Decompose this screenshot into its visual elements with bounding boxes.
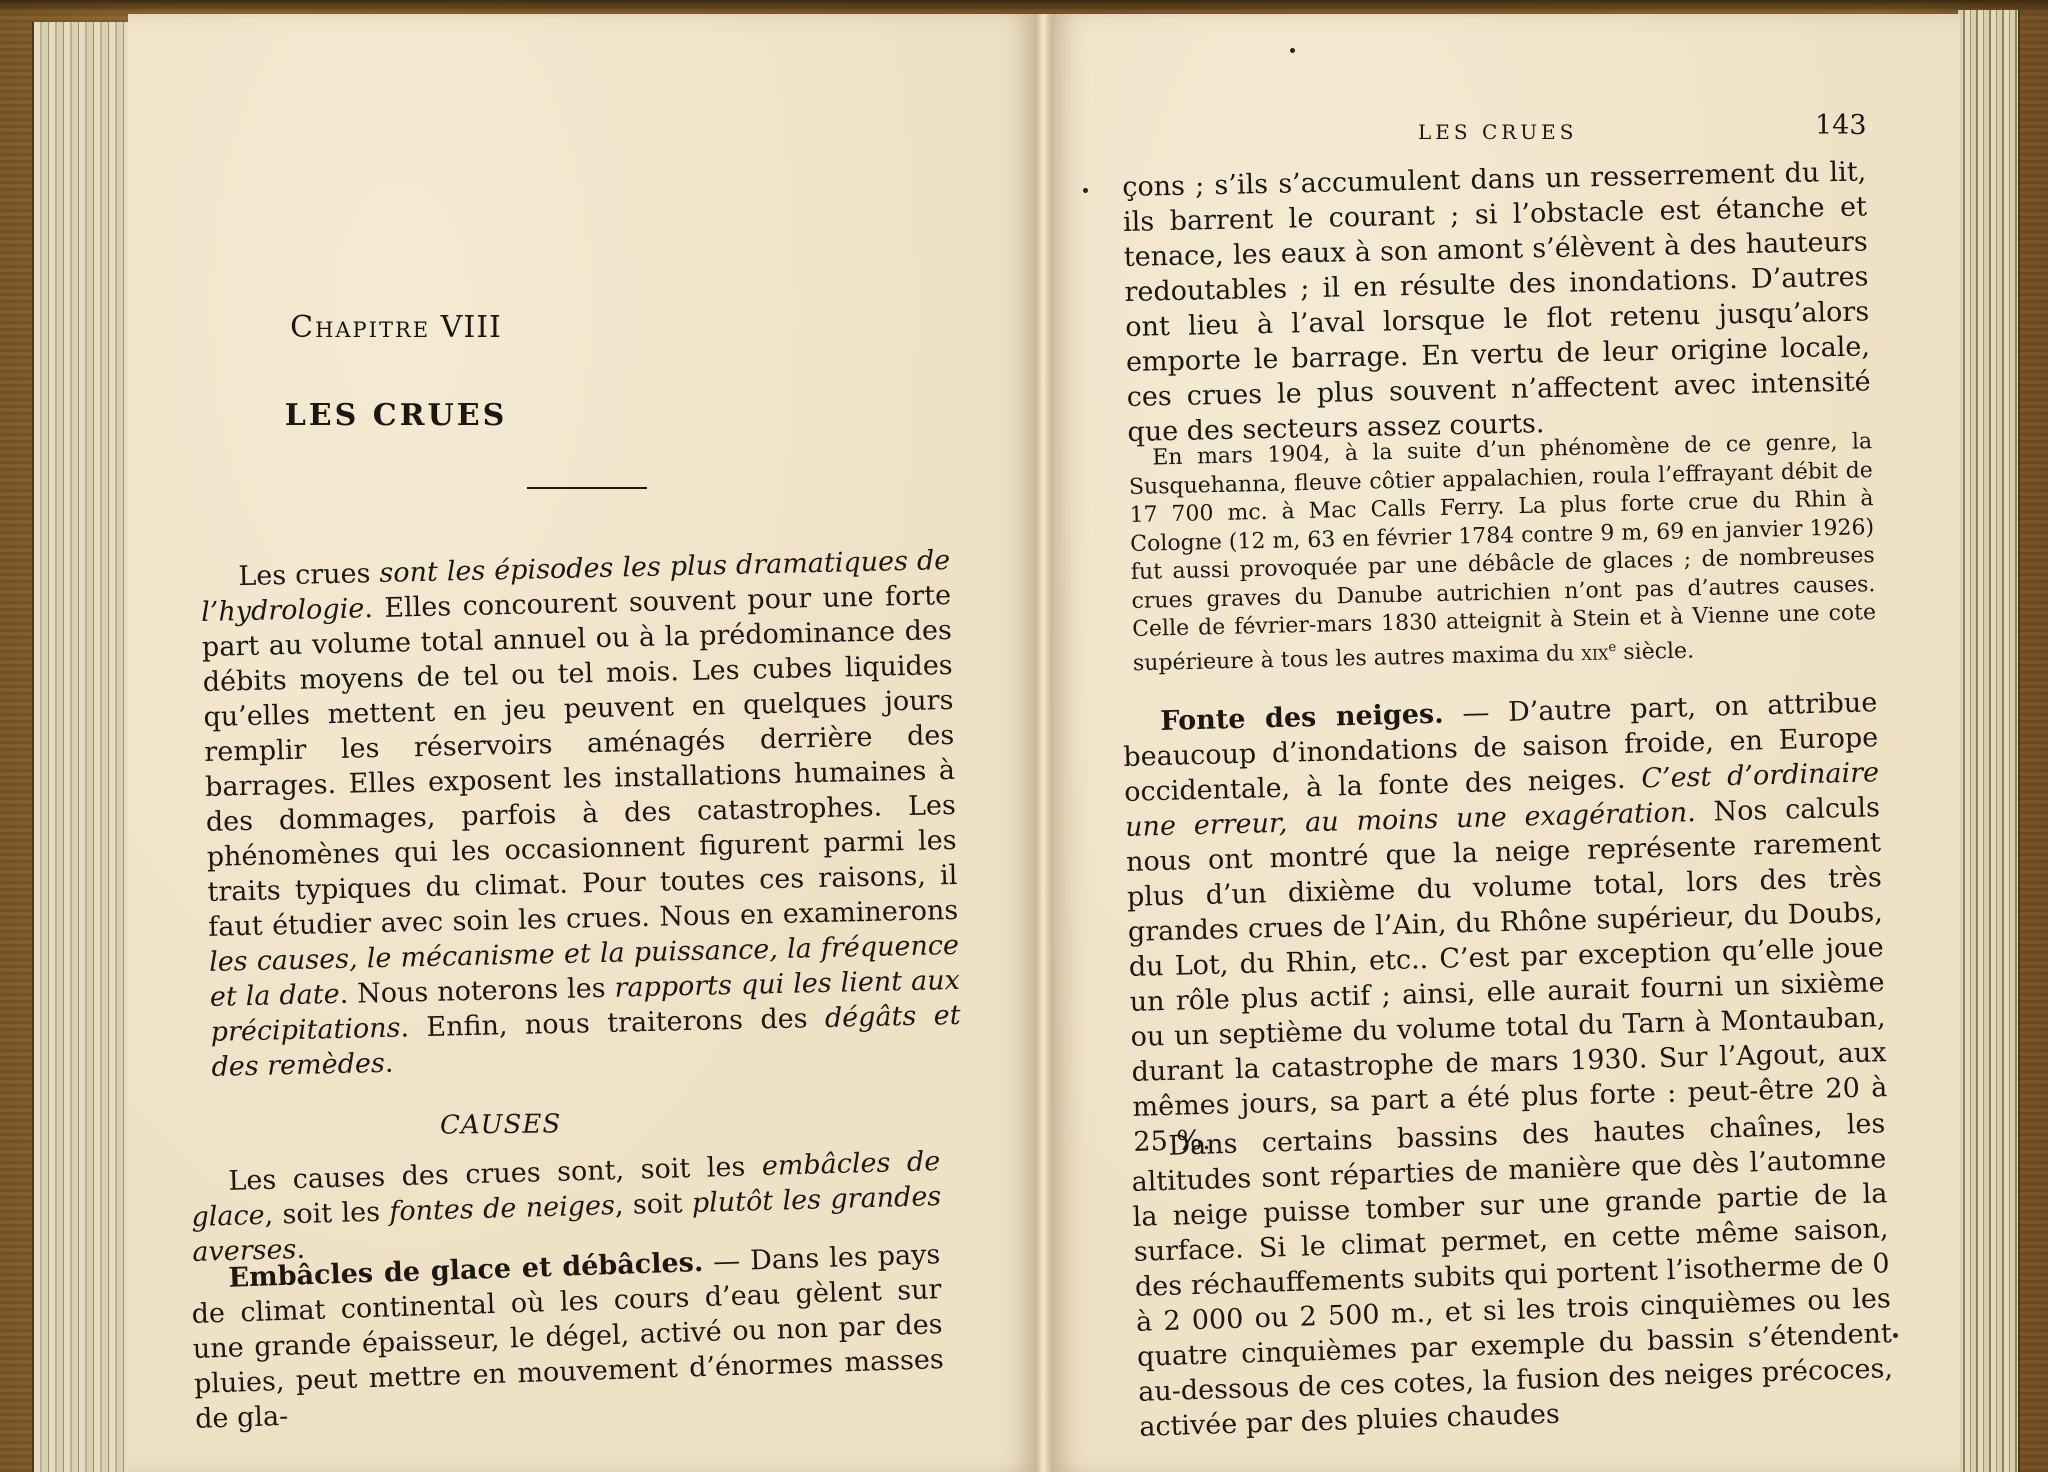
continuation-paragraph: çons ; s’ils s’accumulent dans un resser… <box>1122 154 1872 450</box>
intro-paragraph: Les crues sont les épisodes les plus dra… <box>200 543 962 1085</box>
fonte-heading: Fonte des neiges. <box>1160 699 1444 737</box>
print-speck <box>1893 1333 1898 1338</box>
fonte-text: Fonte des neiges. — D’autre part, on att… <box>1122 685 1889 1160</box>
dans-paragraph: Dans certains bassins des hautes chaînes… <box>1130 1106 1895 1445</box>
body-text: , soit les <box>264 1196 390 1230</box>
print-speck <box>1083 188 1088 193</box>
body-text: . Nos calculs nous ont montré que la nei… <box>1126 792 1888 1158</box>
body-text: . <box>384 1048 393 1079</box>
print-speck <box>1290 48 1295 53</box>
fonte-body: — D’autre part, on attribue beaucoup d’i… <box>1123 687 1888 1158</box>
body-text: . Enfin, nous traiterons des <box>400 1003 825 1044</box>
embacles-paragraph: Embâcles de glace et débâcles. — Dans le… <box>190 1237 945 1437</box>
left-page-edges <box>32 22 134 1472</box>
chapter-label-prefix: Chapitre <box>290 310 430 345</box>
note-body: En mars 1904, à la suite d’un phénomène … <box>1129 429 1877 676</box>
note-text: En mars 1904, à la suite d’un phénomène … <box>1128 428 1877 678</box>
chapter-number: VIII <box>441 310 502 345</box>
body-text: , soit <box>614 1188 692 1221</box>
body-text: . Elles concourent souvent pour une fort… <box>202 580 959 943</box>
dans-text: Dans certains bassins des hautes chaînes… <box>1130 1106 1895 1445</box>
note-ending: siècle. <box>1616 638 1694 665</box>
chapter-title: LES CRUES <box>0 398 852 433</box>
running-head: LES CRUES <box>1418 120 1577 144</box>
page-number: 143 <box>1815 110 1867 141</box>
continuation-text: çons ; s’ils s’accumulent dans un resser… <box>1122 154 1872 450</box>
embacles-text: Embâcles de glace et débâcles. — Dans le… <box>190 1237 945 1437</box>
section-heading-causes: CAUSES <box>440 1109 561 1140</box>
chapter-label: Chapitre VIII <box>0 310 852 345</box>
fonte-paragraph: Fonte des neiges. — D’autre part, on att… <box>1122 685 1889 1160</box>
emphasis-text: fontes de neiges <box>389 1190 615 1227</box>
right-page-edges <box>1958 10 2020 1472</box>
century-numeral: xix <box>1581 640 1609 666</box>
top-shadow <box>0 0 2048 14</box>
title-divider <box>527 487 647 489</box>
body-text: Les crues <box>238 558 380 592</box>
body-text: . Nous noterons les <box>339 973 615 1010</box>
intro-text: Les crues sont les épisodes les plus dra… <box>200 543 962 1085</box>
note-paragraph: En mars 1904, à la suite d’un phénomène … <box>1128 428 1877 678</box>
book-gutter <box>1036 14 1052 1472</box>
